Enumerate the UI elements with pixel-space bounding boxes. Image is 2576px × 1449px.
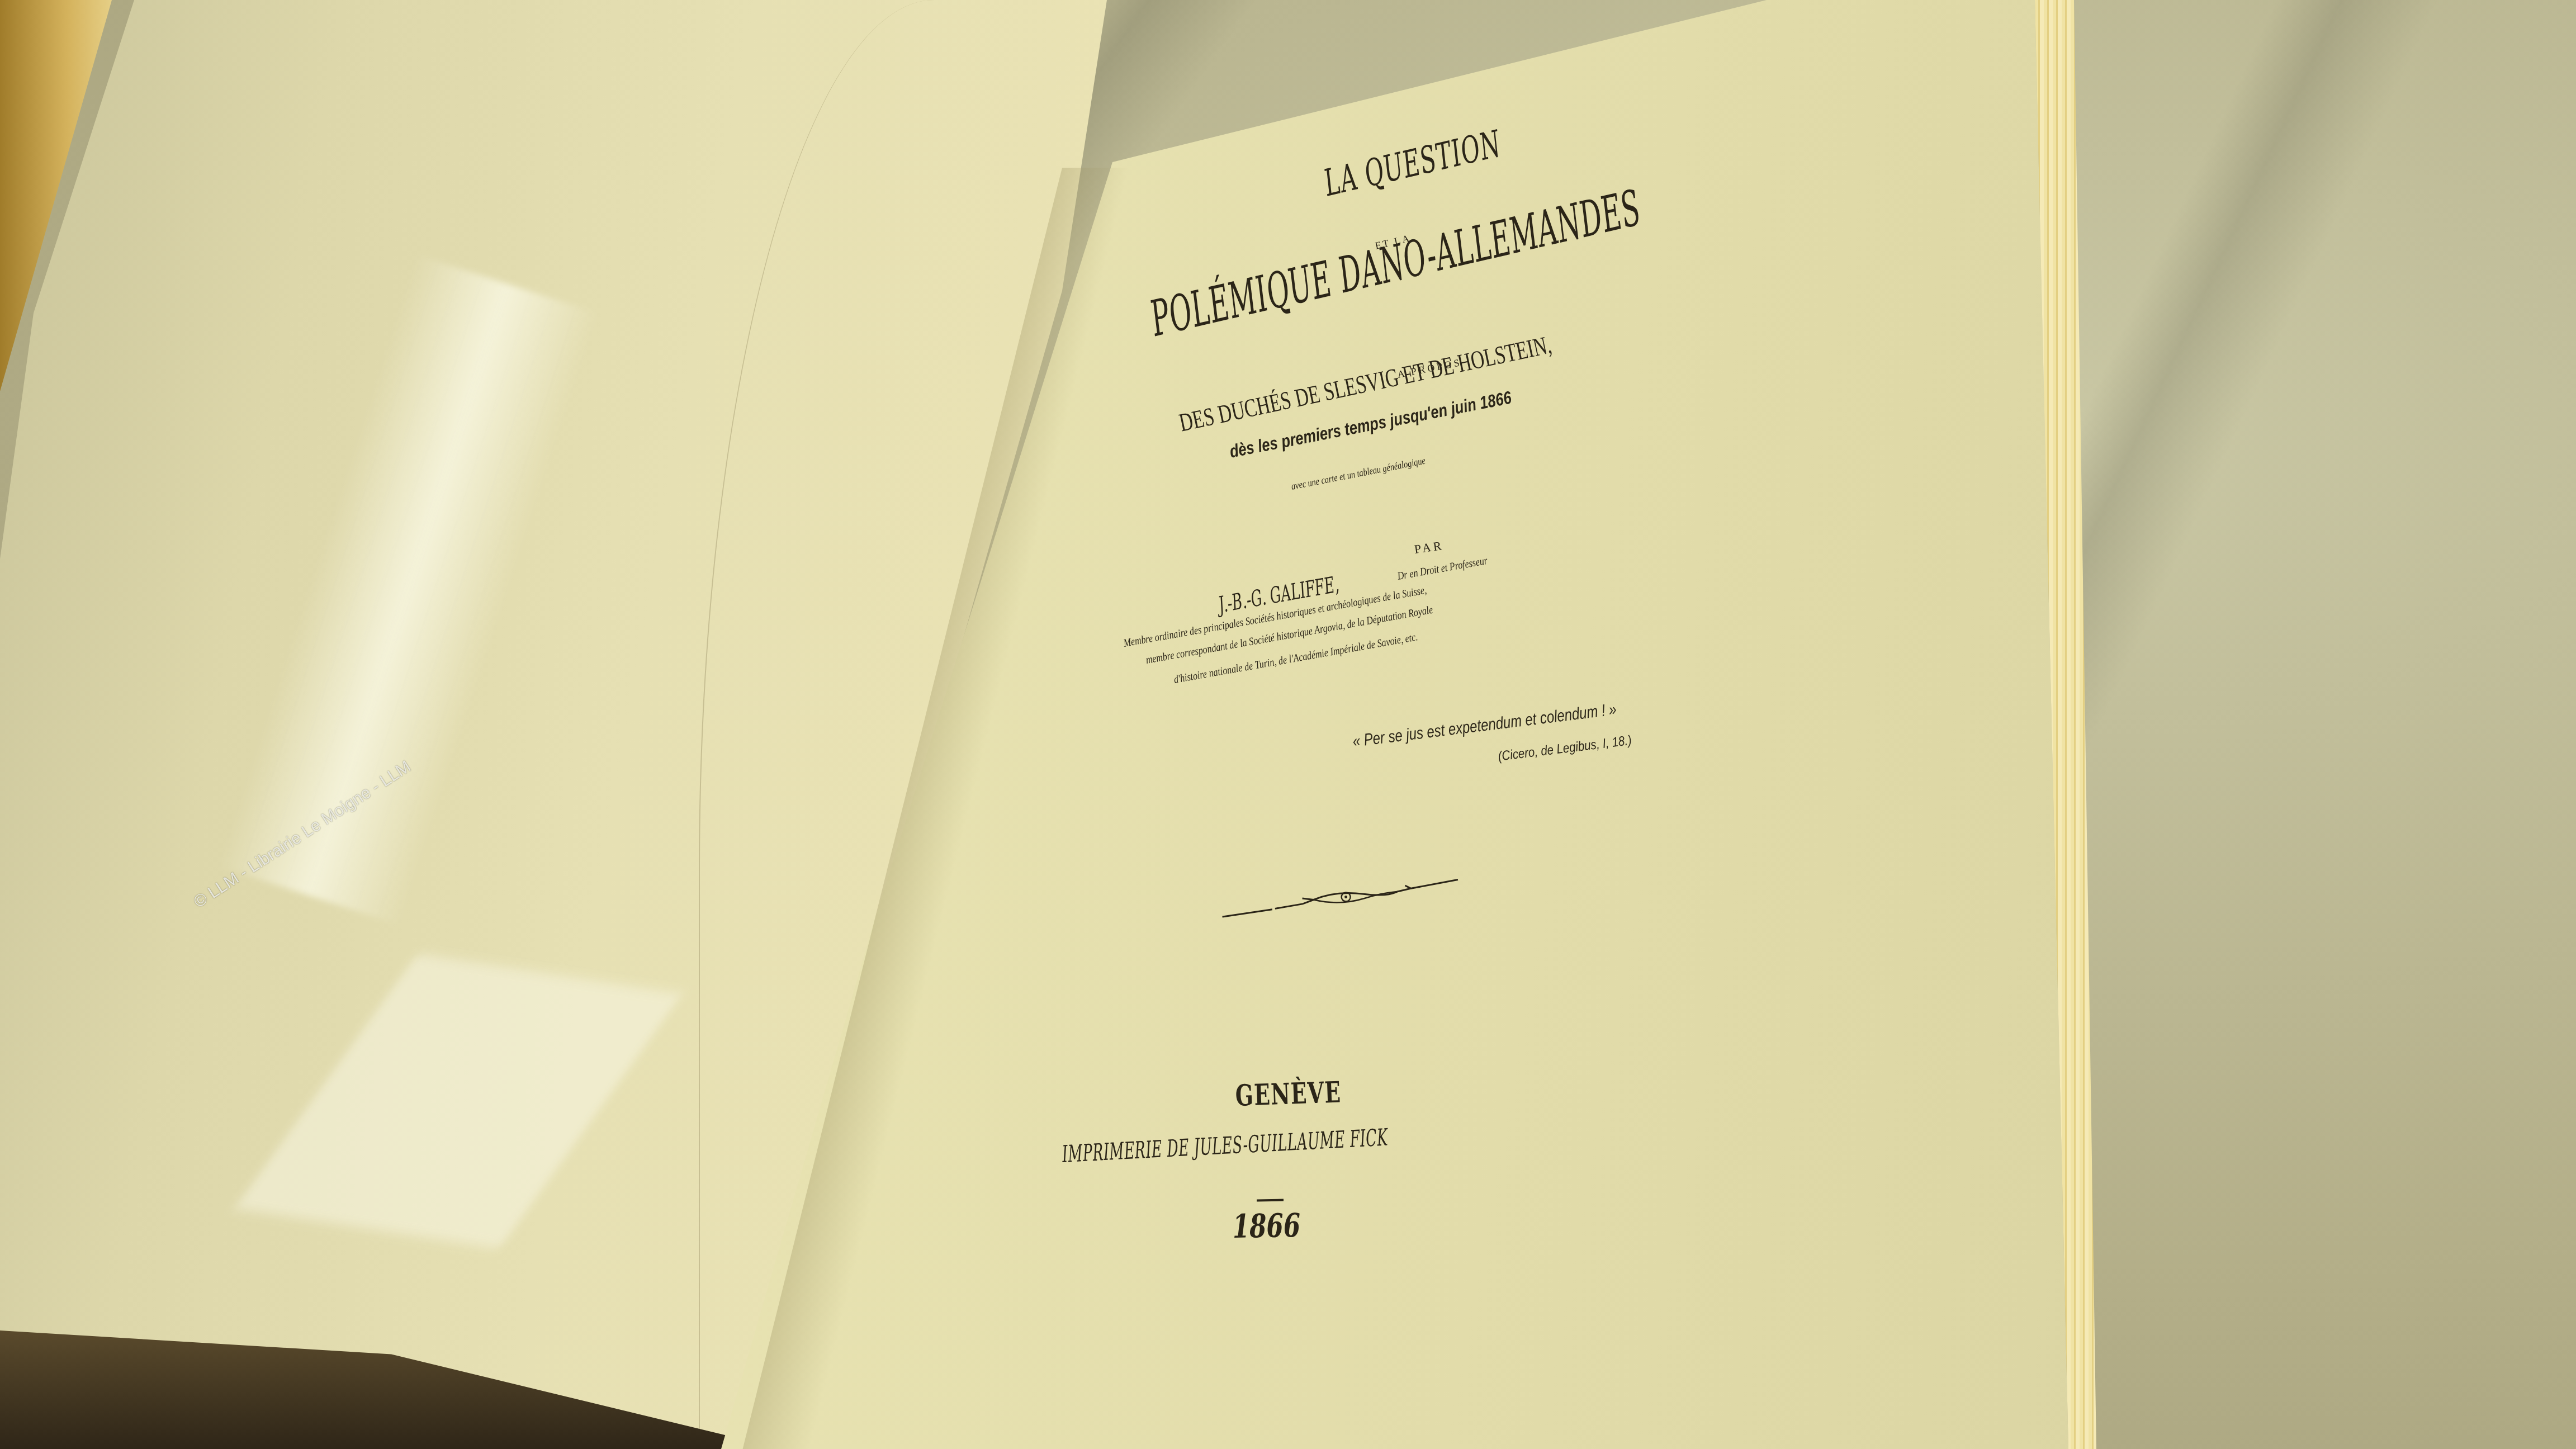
by-label: PAR (1413, 538, 1445, 557)
subtitle-map-note: avec une carte et un tableau généalogiqu… (1290, 455, 1426, 493)
flourish-ornament-icon (1218, 875, 1465, 926)
imprint-printer: IMPRIMERIE DE JULES-GUILLAUME FICK (1062, 1124, 1389, 1168)
epigraph-source: (Cicero, de Legibus, I, 18.) (1497, 733, 1632, 765)
open-book: © LLM - Librairie Le Moigne - LLM LA QUE… (0, 0, 2576, 1449)
author-title: Dr en Droit et Professeur (1396, 555, 1489, 583)
imprint-place: GENÈVE (1235, 1075, 1342, 1113)
title-line-1: LA QUESTION (1320, 122, 1505, 205)
title-line-2: POLÉMIQUE DANO-ALLEMANDES (1145, 179, 1646, 348)
title-page-text: LA QUESTION ET LA POLÉMIQUE DANO-ALLEMAN… (1062, 123, 1845, 1297)
short-rule (1257, 1199, 1284, 1202)
imprint-year: 1866 (1232, 1206, 1300, 1246)
